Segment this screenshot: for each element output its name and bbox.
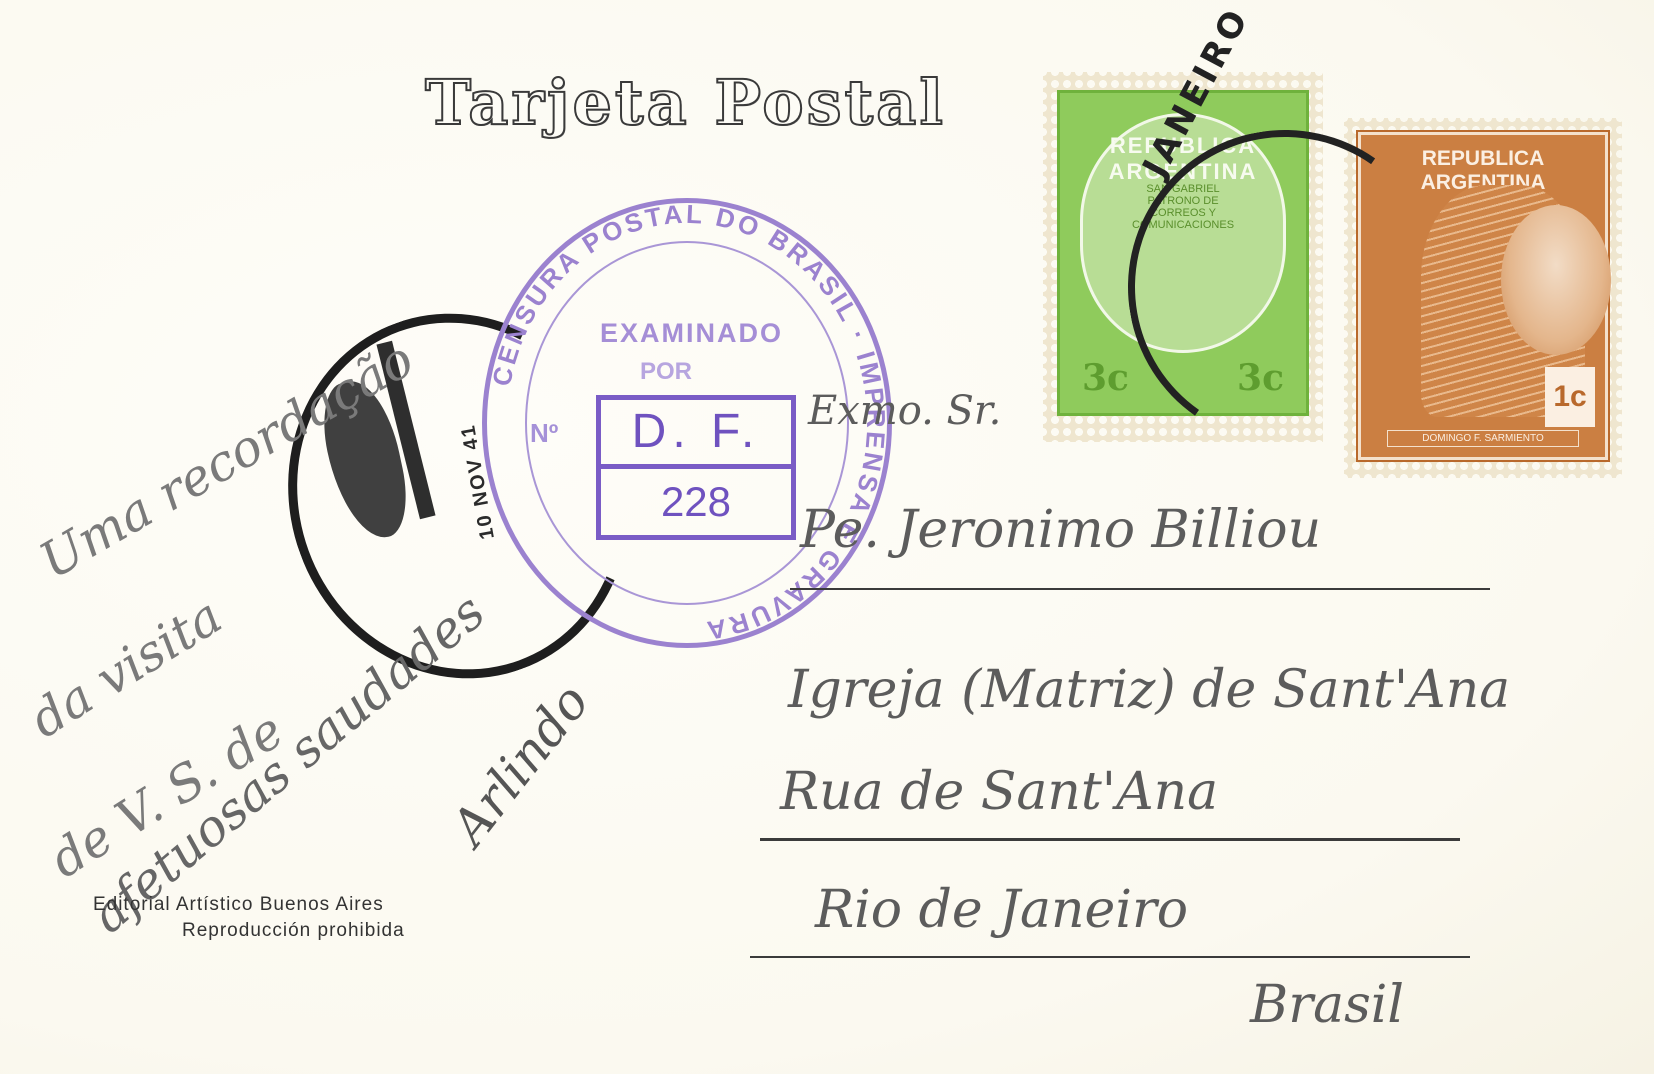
- stamp-value-left: 3c: [1082, 357, 1129, 399]
- publisher-imprint: Editorial Artístico Buenos Aires Reprodu…: [72, 892, 405, 944]
- address-rule-3: [750, 956, 1470, 958]
- message-line-2: da visita: [20, 587, 232, 749]
- address-city: Rio de Janeiro: [815, 880, 1188, 940]
- address-name: Pe. Jeronimo Billiou: [800, 500, 1321, 560]
- censor-number-label: Nº: [530, 418, 558, 449]
- censor-number: 228: [601, 469, 791, 535]
- censor-id-box: D. F. 228: [596, 395, 796, 540]
- stamp-portrait-name: DOMINGO F. SARMIENTO: [1387, 430, 1579, 447]
- publisher-notice: Reproducción prohibida: [72, 918, 405, 944]
- address-line-2: Rua de Sant'Ana: [780, 762, 1218, 822]
- message-signature: Arlindo: [440, 673, 600, 856]
- publisher-name: Editorial Artístico Buenos Aires: [93, 894, 384, 915]
- address-country: Brasil: [1250, 975, 1404, 1035]
- address-salutation: Exmo. Sr.: [808, 388, 1001, 434]
- censor-by-label: POR: [640, 358, 692, 386]
- portrait-head: [1501, 205, 1611, 355]
- stamp-value: 1c: [1545, 367, 1595, 427]
- card-title: Tarjeta Postal: [425, 66, 946, 139]
- address-line-1: Igreja (Matriz) de Sant'Ana: [788, 660, 1510, 720]
- postcard: Tarjeta Postal REPUBLICA ARGENTINA SAN G…: [0, 0, 1654, 1074]
- address-rule-1: [790, 588, 1490, 590]
- censor-office: D. F.: [601, 400, 791, 469]
- censor-examined-label: EXAMINADO: [600, 318, 783, 349]
- address-rule-2: [760, 838, 1460, 841]
